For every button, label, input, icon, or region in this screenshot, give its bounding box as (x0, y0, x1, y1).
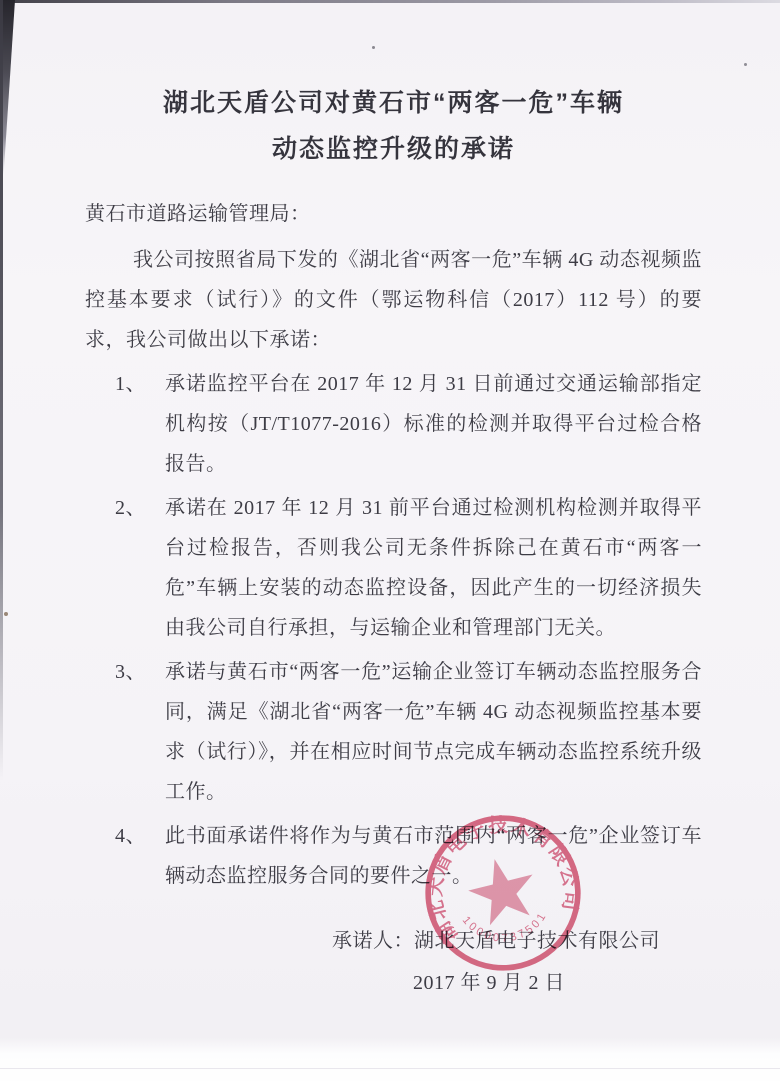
scan-speck (744, 63, 747, 66)
scan-edge-top (0, 0, 780, 3)
scan-edge-left (0, 0, 3, 780)
scan-speck (372, 46, 375, 49)
signature-block: 承诺人：湖北天盾电子技术有限公司 2017 年 9 月 2 日 (85, 920, 702, 1004)
item-text: 承诺与黄石市“两客一危”运输企业签订车辆动态监控服务合同，满足《湖北省“两客一危… (165, 652, 702, 812)
intro-paragraph: 我公司按照省局下发的《湖北省“两客一危”车辆 4G 动态视频监控基本要求（试行）… (85, 240, 702, 360)
item-number: 3、 (115, 652, 165, 812)
commitment-item-3: 3、 承诺与黄石市“两客一危”运输企业签订车辆动态监控服务合同，满足《湖北省“两… (85, 652, 702, 812)
item-text: 承诺监控平台在 2017 年 12 月 31 日前通过交通运输部指定机构按（JT… (165, 364, 702, 484)
signer-label: 承诺人： (332, 930, 414, 952)
item-number: 4、 (115, 816, 165, 896)
scan-speck (4, 612, 8, 616)
item-number: 1、 (115, 364, 165, 484)
commitment-item-4: 4、 此书面承诺件将作为与黄石市范围内“两客一危”企业签订车辆动态监控服务合同的… (85, 816, 702, 896)
document-title-line2: 动态监控升级的承诺 (85, 126, 702, 172)
scanner-bed-strip (0, 1068, 780, 1081)
commitment-item-2: 2、 承诺在 2017 年 12 月 31 前平台通过检测机构检测并取得平台过检… (85, 488, 702, 648)
seal-star-icon (462, 851, 541, 928)
scanned-document-page: 湖北天盾公司对黄石市“两客一危”车辆 动态监控升级的承诺 黄石市道路运输管理局：… (0, 0, 780, 1081)
item-text: 承诺在 2017 年 12 月 31 前平台通过检测机构检测并取得平台过检报告，… (165, 488, 702, 648)
document-title-line1: 湖北天盾公司对黄石市“两客一危”车辆 (85, 80, 702, 126)
document-body: 湖北天盾公司对黄石市“两客一危”车辆 动态监控升级的承诺 黄石市道路运输管理局：… (85, 80, 702, 1004)
salutation: 黄石市道路运输管理局： (85, 194, 702, 234)
item-number: 2、 (115, 488, 165, 648)
commitment-item-1: 1、 承诺监控平台在 2017 年 12 月 31 日前通过交通运输部指定机构按… (85, 364, 702, 484)
